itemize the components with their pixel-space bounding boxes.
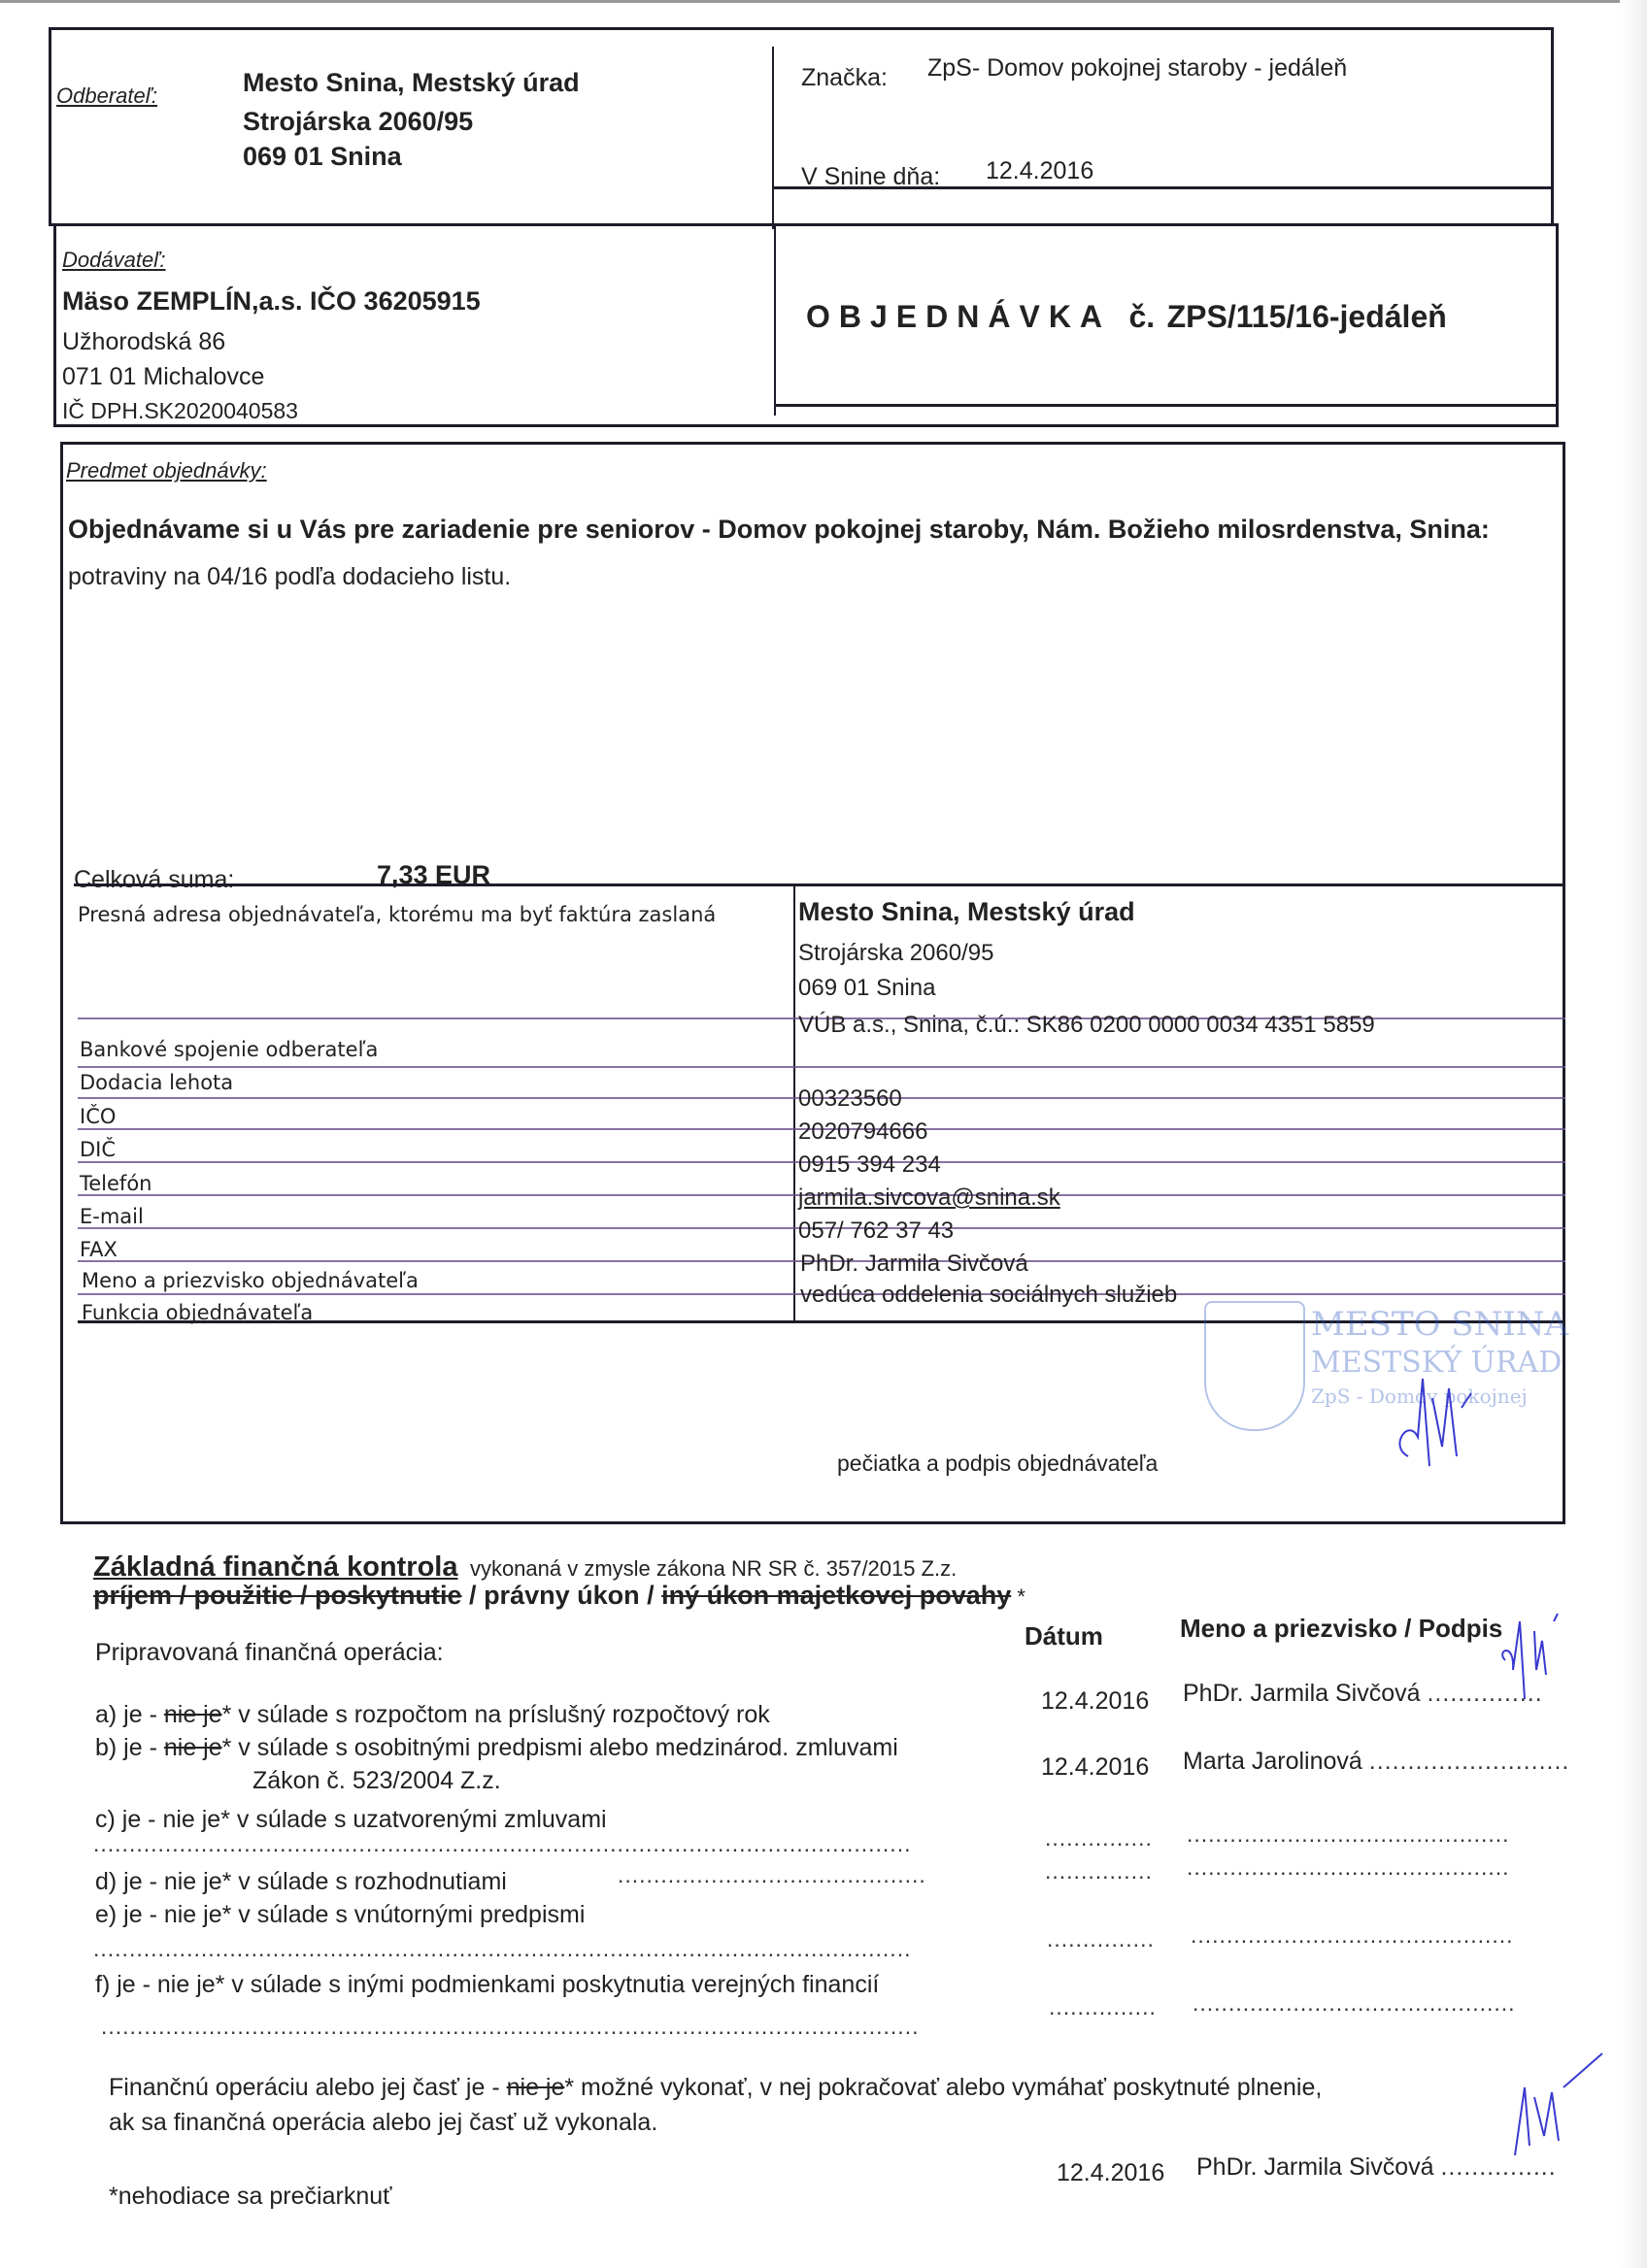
type-sep-1: /: [462, 1581, 485, 1610]
item-f-name-dots: ........................................…: [1193, 1990, 1516, 2017]
column-name-header: Meno a priezvisko / Podpis: [1180, 1614, 1502, 1644]
item-prefix: e) je - nie je: [95, 1901, 222, 1928]
signature-dots: ...............: [1440, 2153, 1556, 2181]
item-d-name-dots: ........................................…: [1187, 1854, 1510, 1881]
item-e-name-dots: ........................................…: [1191, 1922, 1514, 1949]
control-title-suffix: vykonaná v zmysle zákona NR SR č. 357/20…: [470, 1556, 957, 1581]
row-value-fax: 057/ 762 37 43: [798, 1217, 954, 1245]
row-rule: [78, 1066, 1565, 1068]
item-text: * v súlade s rozhodnutiami: [222, 1868, 507, 1895]
item-d-dots: ........................................…: [618, 1862, 926, 1888]
item-a-name: PhDr. Jarmila Sivčová ...............: [1183, 1680, 1543, 1708]
row-label-function: Funkcia objednávateľa: [82, 1301, 313, 1324]
type-struck-2: iný úkon majetkovej povahy: [661, 1581, 1011, 1610]
control-item-e: e) je - nie je* v súlade s vnútornými pr…: [95, 1901, 585, 1929]
final-statement: Finančnú operáciu alebo jej časť je - ni…: [109, 2074, 1322, 2102]
item-b-law: Zákon č. 523/2004 Z.z.: [252, 1767, 501, 1795]
invoice-address-city: 069 01 Snina: [798, 975, 935, 1002]
date-value: 12.4.2016: [986, 157, 1093, 185]
item-c-dots: ........................................…: [93, 1831, 911, 1857]
row-value-name: PhDr. Jarmila Sivčová: [800, 1251, 1028, 1278]
signature-dots: ...............: [1427, 1680, 1542, 1707]
column-date-header: Dátum: [1025, 1621, 1103, 1651]
invoice-address-name: Mesto Snina, Mestský úrad: [798, 897, 1135, 927]
stamp-caption: pečiatka a podpis objednávateľa: [837, 1451, 1158, 1477]
row-label-dic: DIČ: [80, 1138, 116, 1161]
item-prefix: d) je - nie je: [95, 1868, 222, 1895]
item-a-name-text: PhDr. Jarmila Sivčová: [1183, 1680, 1421, 1707]
type-star: *: [1011, 1584, 1025, 1609]
header-divider: [772, 47, 774, 229]
row-label-name: Meno a priezvisko objednávateľa: [82, 1269, 419, 1292]
item-c-date-dots: ...............: [1045, 1825, 1153, 1851]
page-edge: [1620, 0, 1647, 2268]
buyer-street: Strojárska 2060/95: [243, 107, 473, 137]
row-value-function: vedúca oddelenia sociálnych služieb: [800, 1282, 1177, 1309]
signature-dots: ..........................: [1369, 1748, 1570, 1775]
invoice-address-label: Presná adresa objednávateľa, ktorému ma …: [78, 903, 716, 926]
item-f-dots: ........................................…: [101, 2014, 919, 2040]
subject-main-text: Objednávame si u Vás pre zariadenie pre …: [68, 515, 1490, 545]
type-kept: právny úkon: [484, 1581, 640, 1610]
row-value-email[interactable]: jarmila.sivcova@snina.sk: [798, 1184, 1060, 1212]
type-sep-2: /: [640, 1581, 662, 1610]
row-label-fax: FAX: [80, 1238, 118, 1261]
final-signer: PhDr. Jarmila Sivčová ...............: [1196, 2153, 1557, 2182]
row-label-delivery: Dodacia lehota: [80, 1071, 233, 1094]
item-text: * v súlade s vnútornými predpismi: [222, 1901, 586, 1928]
subject-detail-text: potraviny na 04/16 podľa dodacieho listu…: [68, 563, 511, 591]
item-struck: nie je: [164, 1734, 222, 1761]
item-f-date-dots: ...............: [1049, 1994, 1157, 2020]
row-label-bank: Bankové spojenie odberateľa: [80, 1038, 378, 1061]
date-label: V Snine dňa:: [801, 163, 940, 191]
coat-of-arms-icon: [1204, 1301, 1305, 1431]
item-prefix: a) je -: [95, 1701, 164, 1728]
mark-value: ZpS- Domov pokojnej staroby - jedáleň: [927, 54, 1347, 83]
final-struck: nie je: [507, 2074, 565, 2101]
final-prefix: Finančnú operáciu alebo jej časť je -: [109, 2074, 507, 2101]
item-struck: nie je: [164, 1701, 222, 1728]
scan-edge: [0, 0, 1622, 3]
supplier-vat: IČ DPH.SK2020040583: [62, 398, 298, 424]
item-b-name: Marta Jarolinová .......................…: [1183, 1748, 1569, 1776]
control-type-line: príjem / použitie / poskytnutie / právny…: [93, 1581, 1025, 1611]
item-c-name-dots: ........................................…: [1187, 1821, 1510, 1848]
buyer-name: Mesto Snina, Mestský úrad: [243, 68, 580, 98]
control-title: Základná finančná kontrola: [93, 1551, 457, 1583]
control-item-c: c) je - nie je* v súlade s uzatvorenými …: [95, 1806, 607, 1834]
buyer-label: Odberateľ:: [56, 83, 157, 109]
supplier-name: Mäso ZEMPLÍN,a.s. IČO 36205915: [62, 286, 481, 317]
supplier-street: Užhorodská 86: [62, 328, 225, 356]
row-label-ico: IČO: [80, 1105, 116, 1128]
item-text: * v súlade s osobitnými predpismi alebo …: [222, 1734, 898, 1761]
row-label-phone: Telefón: [80, 1172, 151, 1195]
mark-label: Značka:: [801, 64, 888, 92]
subject-label: Predmet objednávky:: [66, 458, 267, 484]
final-statement-2: ak sa finančná operácia alebo jej časť u…: [109, 2109, 657, 2137]
invoice-address-street: Strojárska 2060/95: [798, 940, 993, 967]
control-heading: Základná finančná kontrola vykonaná v zm…: [93, 1551, 957, 1584]
supplier-city: 071 01 Michalovce: [62, 363, 264, 391]
supplier-label: Dodávateľ:: [62, 248, 165, 273]
item-prefix: f) je - nie je: [95, 1971, 216, 1998]
item-d-date-dots: ...............: [1045, 1858, 1153, 1884]
order-title: OBJEDNÁVKA: [806, 299, 1111, 334]
row-value-dic: 2020794666: [798, 1118, 927, 1146]
row-label-email: E-mail: [80, 1205, 144, 1228]
final-date: 12.4.2016: [1057, 2159, 1164, 2187]
item-a-date: 12.4.2016: [1041, 1687, 1149, 1716]
type-struck-1: príjem / použitie / poskytnutie: [93, 1581, 462, 1610]
buyer-city: 069 01 Snina: [243, 142, 402, 172]
order-document: Odberateľ: Mesto Snina, Mestský úrad Str…: [0, 0, 1647, 2268]
order-number-label: č.: [1128, 299, 1155, 334]
supplier-bottom-rule: [774, 404, 1559, 407]
control-item-f: f) je - nie je* v súlade s inými podmien…: [95, 1971, 879, 1999]
item-e-date-dots: ...............: [1047, 1926, 1155, 1952]
prepared-label: Pripravovaná finančná operácia:: [95, 1639, 444, 1667]
item-prefix: b) je -: [95, 1734, 164, 1761]
footnote: *nehodiace sa prečiarknuť: [109, 2183, 392, 2211]
supplier-divider: [774, 225, 776, 416]
row-value-ico: 00323560: [798, 1085, 902, 1113]
item-text: * v súlade s inými podmienkami poskytnut…: [216, 1971, 880, 1998]
item-text: * v súlade s uzatvorenými zmluvami: [220, 1806, 606, 1833]
stamp-line-1: MESTO SNINA: [1311, 1305, 1568, 1344]
row-value-phone: 0915 394 234: [798, 1151, 941, 1179]
control-item-b: b) je - nie je* v súlade s osobitnými pr…: [95, 1734, 898, 1762]
item-prefix: c) je - nie je: [95, 1806, 220, 1833]
invoice-top-rule: [74, 884, 1565, 886]
item-b-date: 12.4.2016: [1041, 1753, 1149, 1782]
final-text: * možné vykonať, v nej pokračovať alebo …: [564, 2074, 1322, 2101]
final-name: PhDr. Jarmila Sivčová: [1196, 2153, 1434, 2181]
order-number: ZPS/115/16-jedáleň: [1167, 299, 1447, 334]
control-item-a: a) je - nie je* v súlade s rozpočtom na …: [95, 1701, 770, 1729]
item-text: * v súlade s rozpočtom na príslušný rozp…: [222, 1701, 770, 1728]
order-heading: OBJEDNÁVKA č. ZPS/115/16-jedáleň: [806, 299, 1447, 335]
row-value-bank: VÚB a.s., Snina, č.ú.: SK86 0200 0000 00…: [798, 1012, 1375, 1039]
item-b-name-text: Marta Jarolinová: [1183, 1748, 1362, 1775]
invoice-divider: [793, 885, 795, 1320]
signature-icon: [1379, 1340, 1496, 1485]
total-label: Celková suma:: [74, 866, 234, 894]
item-e-dots: ........................................…: [93, 1936, 911, 1962]
control-item-d: d) je - nie je* v súlade s rozhodnutiami: [95, 1868, 507, 1896]
